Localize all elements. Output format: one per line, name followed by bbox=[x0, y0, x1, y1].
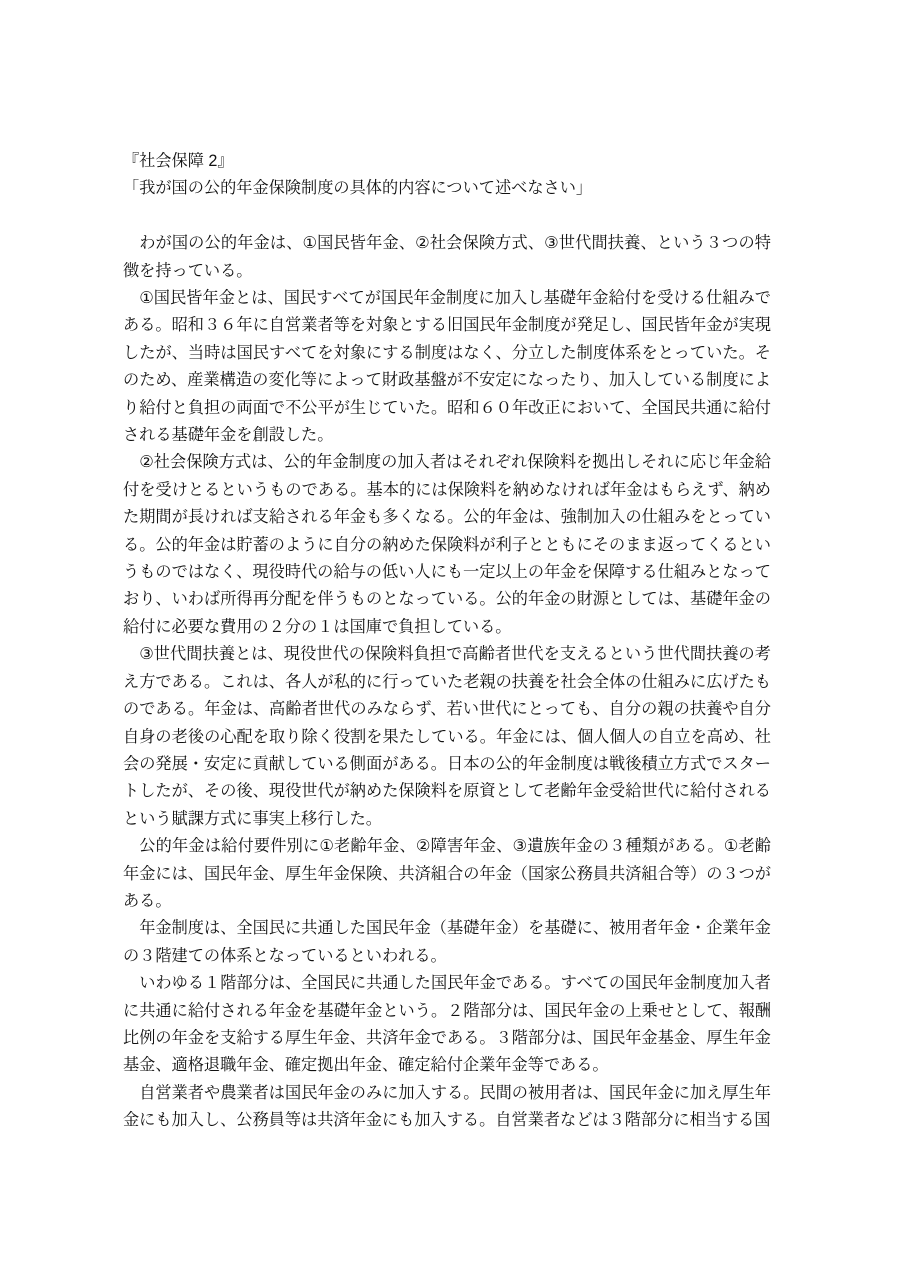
paragraph-sedaikan-fuyo: ③世代間扶養とは、現役世代の保険料負担で高齢者世代を支えるという世代間扶養の考え… bbox=[123, 641, 771, 833]
paragraph-shakai-hoken-hoshiki: ②社会保険方式は、公的年金制度の加入者はそれぞれ保険料を拠出しそれに応じ年金給付… bbox=[123, 449, 771, 641]
paragraph-sankaidate: いわゆる１階部分は、全国民に共通した国民年金である。すべての国民年金制度加入者に… bbox=[123, 970, 771, 1080]
paragraph-kanyu-taisho: 自営業者や農業者は国民年金のみに加入する。民間の被用者は、国民年金に加え厚生年金… bbox=[123, 1080, 771, 1135]
document-page: 『社会保障 2』 「我が国の公的年金保険制度の具体的内容について述べなさい」 わ… bbox=[0, 0, 905, 1280]
essay-body: わが国の公的年金は、①国民皆年金、②社会保険方式、③世代間扶養、という３つの特徴… bbox=[123, 230, 771, 1134]
document-title: 『社会保障 2』 bbox=[123, 148, 771, 175]
essay-text-block: 『社会保障 2』 「我が国の公的年金保険制度の具体的内容について述べなさい」 わ… bbox=[123, 148, 771, 1135]
essay-question: 「我が国の公的年金保険制度の具体的内容について述べなさい」 bbox=[123, 175, 771, 202]
paragraph-kokumin-kai-nenkin: ①国民皆年金とは、国民すべてが国民年金制度に加入し基礎年金給付を受ける仕組みであ… bbox=[123, 285, 771, 449]
paragraph-kyufu-yoken: 公的年金は給付要件別に①老齢年金、②障害年金、③遺族年金の３種類がある。①老齢年… bbox=[123, 833, 771, 915]
paragraph-intro: わが国の公的年金は、①国民皆年金、②社会保険方式、③世代間扶養、という３つの特徴… bbox=[123, 230, 771, 285]
paragraph-nenkin-seido-taikei: 年金制度は、全国民に共通した国民年金（基礎年金）を基礎に、被用者年金・企業年金の… bbox=[123, 915, 771, 970]
